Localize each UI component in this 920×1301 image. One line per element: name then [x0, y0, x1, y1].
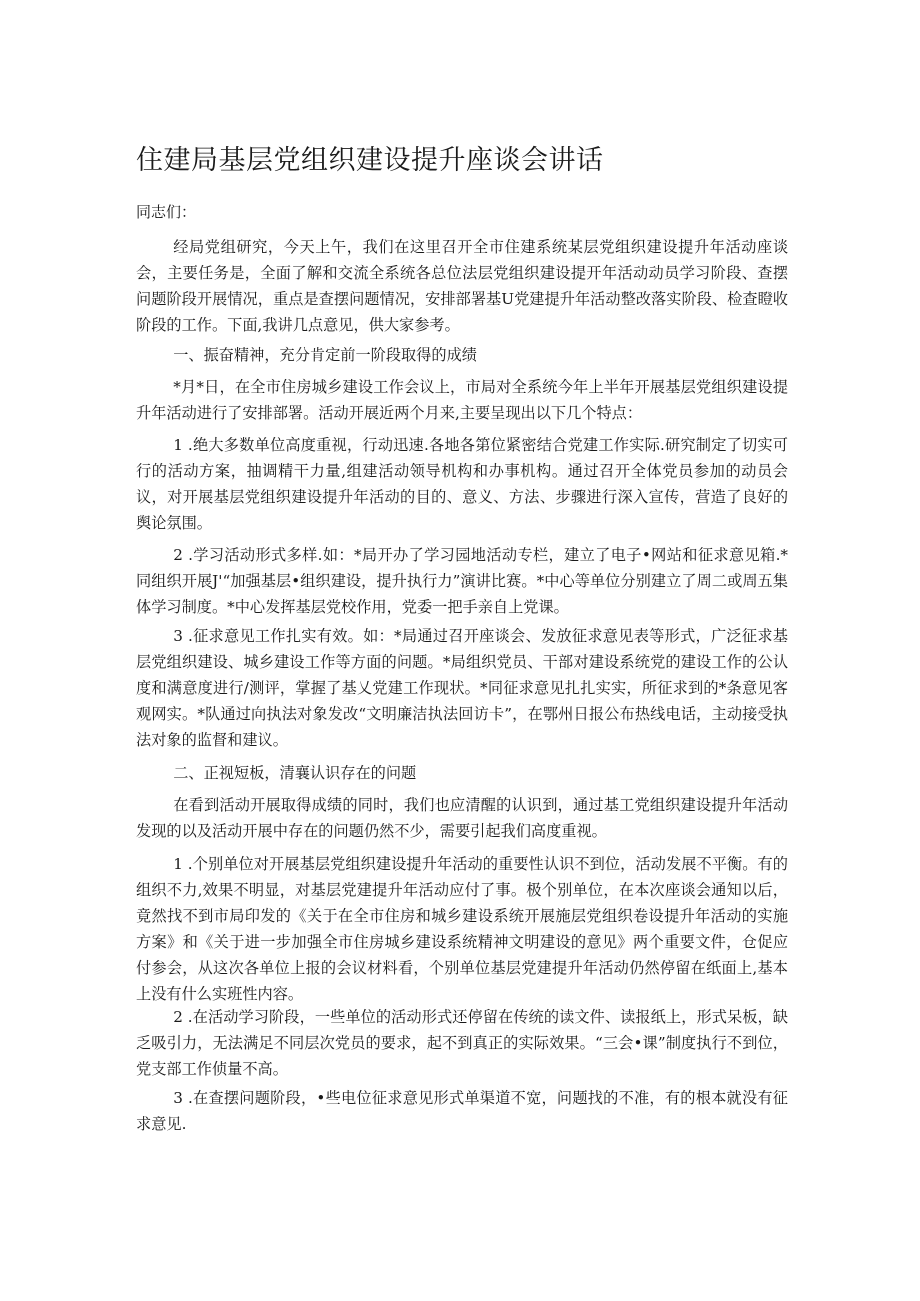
section-heading-1: 一、振奋精神，充分肯定前一阶段取得的成绩 [136, 342, 788, 368]
document-title: 住建局基层党组织建设提升座谈会讲话 [136, 143, 604, 179]
paragraph-section2-intro: 在看到活动开展取得成绩的同时，我们也应清醒的认识到，通过基工党组织建设提升年活动… [136, 792, 788, 844]
paragraph-section1-point3: 3 .征求意见工作扎实有效。如：*局通过召开座谈会、发放征求意见表等形式，广泛征… [136, 623, 788, 753]
paragraph-section1-point1: 1 .绝大多数单位高度重视，行动迅速.各地各第位紧密结合党建工作实际.研究制定了… [136, 432, 788, 536]
paragraph-section2-point1: 1 .个别单位对开展基层党组织建设提升年活动的重要性认识不到位，活动发展不平衡。… [136, 851, 788, 1007]
paragraph-section2-point2: 2 .在活动学习阶段，一些单位的活动形式还停留在传统的读文件、读报纸上，形式呆板… [136, 1004, 788, 1082]
paragraph-intro: 经局党组研究，今天上午，我们在这里召开全市住建系统某层党组织建设提升年活动座谈会… [136, 234, 788, 338]
paragraph-section1-point2: 2 .学习活动形式多样.如：*局开办了学习园地活动专栏，建立了电子•网站和征求意… [136, 542, 788, 620]
section-heading-2: 二、正视短板，清襄认识存在的问题 [136, 760, 788, 786]
salutation: 同志们： [136, 200, 196, 224]
paragraph-section2-point3: 3 .在查摆问题阶段，•些电位征求意见形式单渠道不宽，问题找的不准，有的根本就没… [136, 1085, 788, 1137]
paragraph-section1-intro: *月*日，在全市住房城乡建设工作会议上，市局对全系统今年上半年开展基层党组织建设… [136, 374, 788, 426]
